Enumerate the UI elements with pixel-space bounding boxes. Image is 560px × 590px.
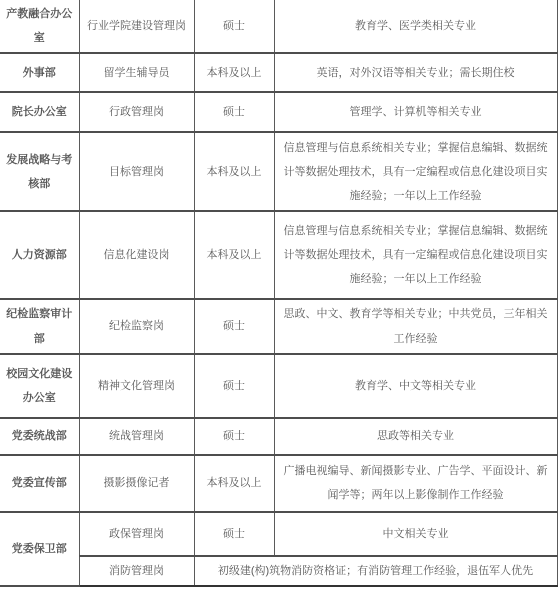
- position-cell: 行政管理岗: [79, 92, 194, 132]
- table-row: 党委保卫部 政保管理岗 硕士 中文相关专业: [0, 512, 557, 556]
- table-row: 外事部 留学生辅导员 本科及以上 英语，对外汉语等相关专业；需长期住校: [0, 53, 557, 92]
- education-cell: 硕士: [194, 354, 274, 418]
- education-cell: 硕士: [194, 92, 274, 132]
- education-cell: 本科及以上: [194, 455, 274, 512]
- education-cell: 硕士: [194, 299, 274, 353]
- education-cell: 硕士: [194, 418, 274, 455]
- page: 产教融合办公室 行业学院建设管理岗 硕士 教育学、医学类相关专业 外事部 留学生…: [0, 0, 560, 590]
- position-cell: 摄影摄像记者: [79, 455, 194, 512]
- table-row: 校园文化建设办公室 精神文化管理岗 硕士 教育学、中文等相关专业: [0, 354, 557, 418]
- table-row: 产教融合办公室 行业学院建设管理岗 硕士 教育学、医学类相关专业: [0, 0, 557, 53]
- table-row: 纪检监察审计部 纪检监察岗 硕士 思政、中文、教育学等相关专业；中共党员，三年相…: [0, 299, 557, 353]
- requirement-cell: 初级建(构)筑物消防资格证；有消防管理工作经验，退伍军人优先: [194, 556, 557, 586]
- education-cell: 本科及以上: [194, 132, 274, 211]
- education-cell: 硕士: [194, 0, 274, 53]
- department-cell: 发展战略与考核部: [0, 132, 79, 211]
- position-cell: 精神文化管理岗: [79, 354, 194, 418]
- major-cell: 思政等相关专业: [274, 418, 557, 455]
- major-cell: 信息管理与信息系统相关专业；掌握信息编辑、数据统计等数据处理技术，具有一定编程或…: [274, 132, 557, 211]
- position-cell: 纪检监察岗: [79, 299, 194, 353]
- education-cell: 硕士: [194, 512, 274, 556]
- position-cell: 目标管理岗: [79, 132, 194, 211]
- department-cell: 院长办公室: [0, 92, 79, 132]
- table-row: 人力资源部 信息化建设岗 本科及以上 信息管理与信息系统相关专业；掌握信息编辑、…: [0, 211, 557, 299]
- major-cell: 广播电视编导、新闻摄影专业、广告学、平面设计、新闻学等；两年以上影像制作工作经验: [274, 455, 557, 512]
- department-cell: 纪检监察审计部: [0, 299, 79, 353]
- position-cell: 政保管理岗: [79, 512, 194, 556]
- department-cell: 产教融合办公室: [0, 0, 79, 53]
- major-cell: 思政、中文、教育学等相关专业；中共党员，三年相关工作经验: [274, 299, 557, 353]
- position-cell: 信息化建设岗: [79, 211, 194, 299]
- recruitment-table: 产教融合办公室 行业学院建设管理岗 硕士 教育学、医学类相关专业 外事部 留学生…: [0, 0, 558, 587]
- major-cell: 中文相关专业: [274, 512, 557, 556]
- department-cell: 外事部: [0, 53, 79, 92]
- position-cell: 行业学院建设管理岗: [79, 0, 194, 53]
- department-cell: 党委统战部: [0, 418, 79, 455]
- table-row: 发展战略与考核部 目标管理岗 本科及以上 信息管理与信息系统相关专业；掌握信息编…: [0, 132, 557, 211]
- major-cell: 英语，对外汉语等相关专业；需长期住校: [274, 53, 557, 92]
- department-cell: 党委保卫部: [0, 512, 79, 586]
- table-row: 党委统战部 统战管理岗 硕士 思政等相关专业: [0, 418, 557, 455]
- education-cell: 本科及以上: [194, 211, 274, 299]
- major-cell: 教育学、中文等相关专业: [274, 354, 557, 418]
- position-cell: 统战管理岗: [79, 418, 194, 455]
- education-cell: 本科及以上: [194, 53, 274, 92]
- major-cell: 教育学、医学类相关专业: [274, 0, 557, 53]
- department-cell: 党委宣传部: [0, 455, 79, 512]
- major-cell: 管理学、计算机等相关专业: [274, 92, 557, 132]
- table-row: 消防管理岗 初级建(构)筑物消防资格证；有消防管理工作经验，退伍军人优先: [0, 556, 557, 586]
- department-cell: 校园文化建设办公室: [0, 354, 79, 418]
- department-cell: 人力资源部: [0, 211, 79, 299]
- table-row: 党委宣传部 摄影摄像记者 本科及以上 广播电视编导、新闻摄影专业、广告学、平面设…: [0, 455, 557, 512]
- position-cell: 消防管理岗: [79, 556, 194, 586]
- table-row: 院长办公室 行政管理岗 硕士 管理学、计算机等相关专业: [0, 92, 557, 132]
- major-cell: 信息管理与信息系统相关专业；掌握信息编辑、数据统计等数据处理技术，具有一定编程或…: [274, 211, 557, 299]
- position-cell: 留学生辅导员: [79, 53, 194, 92]
